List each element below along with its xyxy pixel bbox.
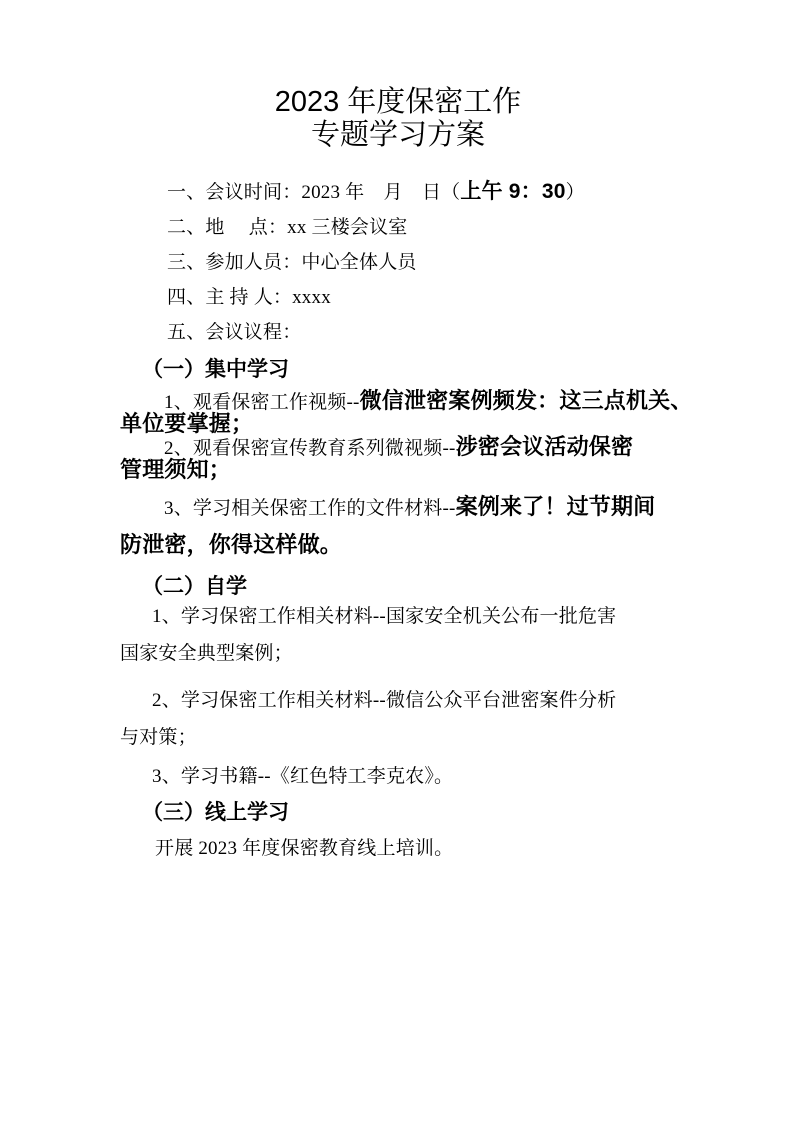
meeting-info-list: 一、会议时间：2023 年 月 日（上午 9：30）二、地 点：xx 三楼会议室… (120, 174, 676, 350)
bold-text-segment: 管理须知； (120, 457, 231, 482)
meeting-info-line: 五、会议议程： (120, 315, 676, 350)
meeting-info-line: 二、地 点：xx 三楼会议室 (120, 210, 676, 245)
document-title-line-1: 2023 年度保密工作 (120, 86, 676, 119)
agenda-item-line: 3、学习相关保密工作的文件材料--案例来了！过节期间 (120, 489, 676, 527)
bold-text-segment: 案例来了！过节期间 (456, 494, 656, 519)
text-segment: ） (566, 182, 585, 203)
document-title-line-2: 专题学习方案 (120, 119, 676, 152)
agenda-section: （一）集中学习1、观看保密工作视频--微信泄密案例频发：这三点机关、单位要掌握；… (120, 352, 676, 565)
text-segment: 3、学习相关保密工作的文件材料-- (164, 498, 456, 519)
section-heading: （三）线上学习 (120, 795, 676, 830)
bold-text-segment: 上午 9：30 (460, 180, 565, 203)
text-segment: 国家安全典型案例； (120, 643, 293, 664)
bold-text-segment: 防泄密，你得这样做。 (120, 532, 342, 557)
text-segment: 三、参加人员：中心全体人员 (167, 252, 417, 273)
agenda-item-line: 防泄密，你得这样做。 (120, 527, 676, 565)
text-segment: 2、观看保密宣传教育系列微视频-- (164, 438, 456, 459)
text-segment: 开展 2023 年度保密教育线上培训。 (155, 838, 453, 859)
agenda-item-line: 3、学习书籍--《红色特工李克农》。 (120, 758, 676, 795)
text-segment: 五、会议议程： (167, 322, 301, 343)
agenda-item-line: 与对策； (120, 719, 676, 756)
bold-text-segment: 单位要掌握； (120, 411, 253, 436)
document-page: 2023 年度保密工作 专题学习方案 一、会议时间：2023 年 月 日（上午 … (0, 0, 794, 1122)
text-segment: 2、学习保密工作相关材料--微信公众平台泄密案件分析 (152, 690, 616, 711)
bold-text-segment: 涉密会议活动保密 (456, 434, 634, 459)
text-segment: 一、会议时间：2023 年 月 日（ (167, 182, 460, 203)
agenda-sections: （一）集中学习1、观看保密工作视频--微信泄密案例频发：这三点机关、单位要掌握；… (120, 352, 676, 867)
text-segment: 1、观看保密工作视频-- (164, 392, 360, 413)
meeting-info-line: 四、主 持 人：xxxx (120, 280, 676, 315)
agenda-item-line: 国家安全典型案例； (120, 635, 676, 672)
text-segment: 与对策； (120, 727, 197, 748)
agenda-item-line: 2、观看保密宣传教育系列微视频--涉密会议活动保密 (120, 436, 676, 459)
agenda-item: 2、观看保密宣传教育系列微视频--涉密会议活动保密管理须知； (120, 436, 676, 482)
meeting-info-line: 三、参加人员：中心全体人员 (120, 245, 676, 280)
agenda-section: （二）自学1、学习保密工作相关材料--国家安全机关公布一批危害国家安全典型案例；… (120, 569, 676, 795)
agenda-item: 1、观看保密工作视频--微信泄密案例频发：这三点机关、单位要掌握； (120, 390, 676, 436)
agenda-section: （三）线上学习开展 2023 年度保密教育线上培训。 (120, 795, 676, 867)
agenda-item-line: 1、观看保密工作视频--微信泄密案例频发：这三点机关、 (120, 390, 676, 413)
agenda-item-line: 开展 2023 年度保密教育线上培训。 (120, 830, 676, 867)
agenda-item-line: 2、学习保密工作相关材料--微信公众平台泄密案件分析 (120, 682, 676, 719)
agenda-item: 3、学习书籍--《红色特工李克农》。 (120, 758, 676, 795)
agenda-item-line: 1、学习保密工作相关材料--国家安全机关公布一批危害 (120, 598, 676, 635)
agenda-item: 3、学习相关保密工作的文件材料--案例来了！过节期间防泄密，你得这样做。 (120, 489, 676, 565)
section-heading: （一）集中学习 (120, 352, 676, 387)
agenda-item: 2、学习保密工作相关材料--微信公众平台泄密案件分析与对策； (120, 682, 676, 756)
text-segment: 四、主 持 人：xxxx (167, 287, 331, 308)
bold-text-segment: 微信泄密案例频发：这三点机关、 (360, 388, 693, 413)
agenda-item: 开展 2023 年度保密教育线上培训。 (120, 830, 676, 867)
text-segment: 3、学习书籍--《红色特工李克农》。 (152, 766, 453, 787)
document-title: 2023 年度保密工作 专题学习方案 (120, 86, 676, 152)
text-segment: 1、学习保密工作相关材料--国家安全机关公布一批危害 (152, 606, 616, 627)
agenda-item-line: 单位要掌握； (120, 413, 676, 436)
text-segment: 二、地 点：xx 三楼会议室 (167, 217, 408, 238)
agenda-item: 1、学习保密工作相关材料--国家安全机关公布一批危害国家安全典型案例； (120, 598, 676, 672)
meeting-info-line: 一、会议时间：2023 年 月 日（上午 9：30） (120, 174, 676, 210)
agenda-item-line: 管理须知； (120, 459, 676, 482)
